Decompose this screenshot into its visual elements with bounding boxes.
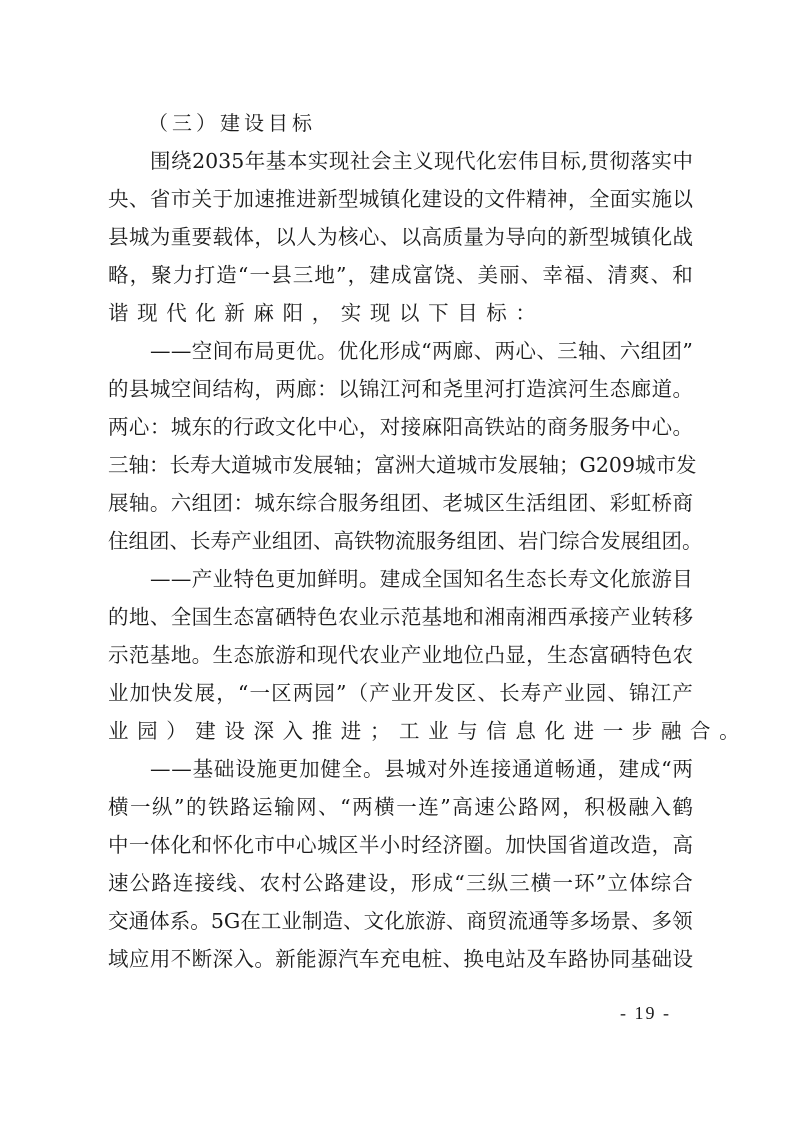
paragraph-intro: 围绕2035年基本实现社会主义现代化宏伟目标,贯彻落实中 央、省市关于加速推进新… <box>108 142 693 332</box>
text-line: 横一纵”的铁路运输网、“两横一连”高速公路网，积极融入鹤 <box>108 788 693 826</box>
text-line: 略，聚力打造“一县三地”，建成富饶、美丽、幸福、清爽、和 <box>108 256 693 294</box>
text-line: 围绕2035年基本实现社会主义现代化宏伟目标,贯彻落实中 <box>108 142 693 180</box>
text-line: 中一体化和怀化市中心城区半小时经济圈。加快国省道改造，高 <box>108 826 693 864</box>
page-number: - 19 - <box>620 1003 671 1024</box>
paragraph-spatial-layout: ——空间布局更优。优化形成“两廊、两心、三轴、六组团” 的县城空间结构，两廊：以… <box>108 332 693 560</box>
text-line: ——产业特色更加鲜明。建成全国知名生态长寿文化旅游目 <box>108 560 693 598</box>
text-line: 速公路连接线、农村公路建设，形成“三纵三横一环”立体综合 <box>108 864 693 902</box>
text-line: 的县城空间结构，两廊：以锦江河和尧里河打造滨河生态廊道。 <box>108 370 693 408</box>
text-line: 谐现代化新麻阳，实现以下目标： <box>108 294 693 332</box>
paragraph-industry: ——产业特色更加鲜明。建成全国知名生态长寿文化旅游目 的地、全国生态富硒特色农业… <box>108 560 693 750</box>
text-line: 三轴：长寿大道城市发展轴；富洲大道城市发展轴；G209城市发 <box>108 446 693 484</box>
text-line: 两心：城东的行政文化中心，对接麻阳高铁站的商务服务中心。 <box>108 408 693 446</box>
section-heading: （三）建设目标 <box>108 104 693 142</box>
text-line: 业加快发展，“一区两园”（产业开发区、长寿产业园、锦江产 <box>108 674 693 712</box>
text-line: 县城为重要载体，以人为核心、以高质量为导向的新型城镇化战 <box>108 218 693 256</box>
text-line: ——空间布局更优。优化形成“两廊、两心、三轴、六组团” <box>108 332 693 370</box>
text-line: 交通体系。5G在工业制造、文化旅游、商贸流通等多场景、多领 <box>108 902 693 940</box>
text-line: 域应用不断深入。新能源汽车充电桩、换电站及车路协同基础设 <box>108 940 693 978</box>
text-line: ——基础设施更加健全。县城对外连接通道畅通，建成“两 <box>108 750 693 788</box>
text-line: 住组团、长寿产业组团、高铁物流服务组团、岩门综合发展组团。 <box>108 522 693 560</box>
document-page: （三）建设目标 围绕2035年基本实现社会主义现代化宏伟目标,贯彻落实中 央、省… <box>108 104 693 978</box>
text-line: 业园）建设深入推进；工业与信息化进一步融合。 <box>108 712 693 750</box>
paragraph-infrastructure: ——基础设施更加健全。县城对外连接通道畅通，建成“两 横一纵”的铁路运输网、“两… <box>108 750 693 978</box>
text-line: 的地、全国生态富硒特色农业示范基地和湘南湘西承接产业转移 <box>108 598 693 636</box>
text-line: 展轴。六组团：城东综合服务组团、老城区生活组团、彩虹桥商 <box>108 484 693 522</box>
text-line: 央、省市关于加速推进新型城镇化建设的文件精神，全面实施以 <box>108 180 693 218</box>
text-line: 示范基地。生态旅游和现代农业产业地位凸显，生态富硒特色农 <box>108 636 693 674</box>
